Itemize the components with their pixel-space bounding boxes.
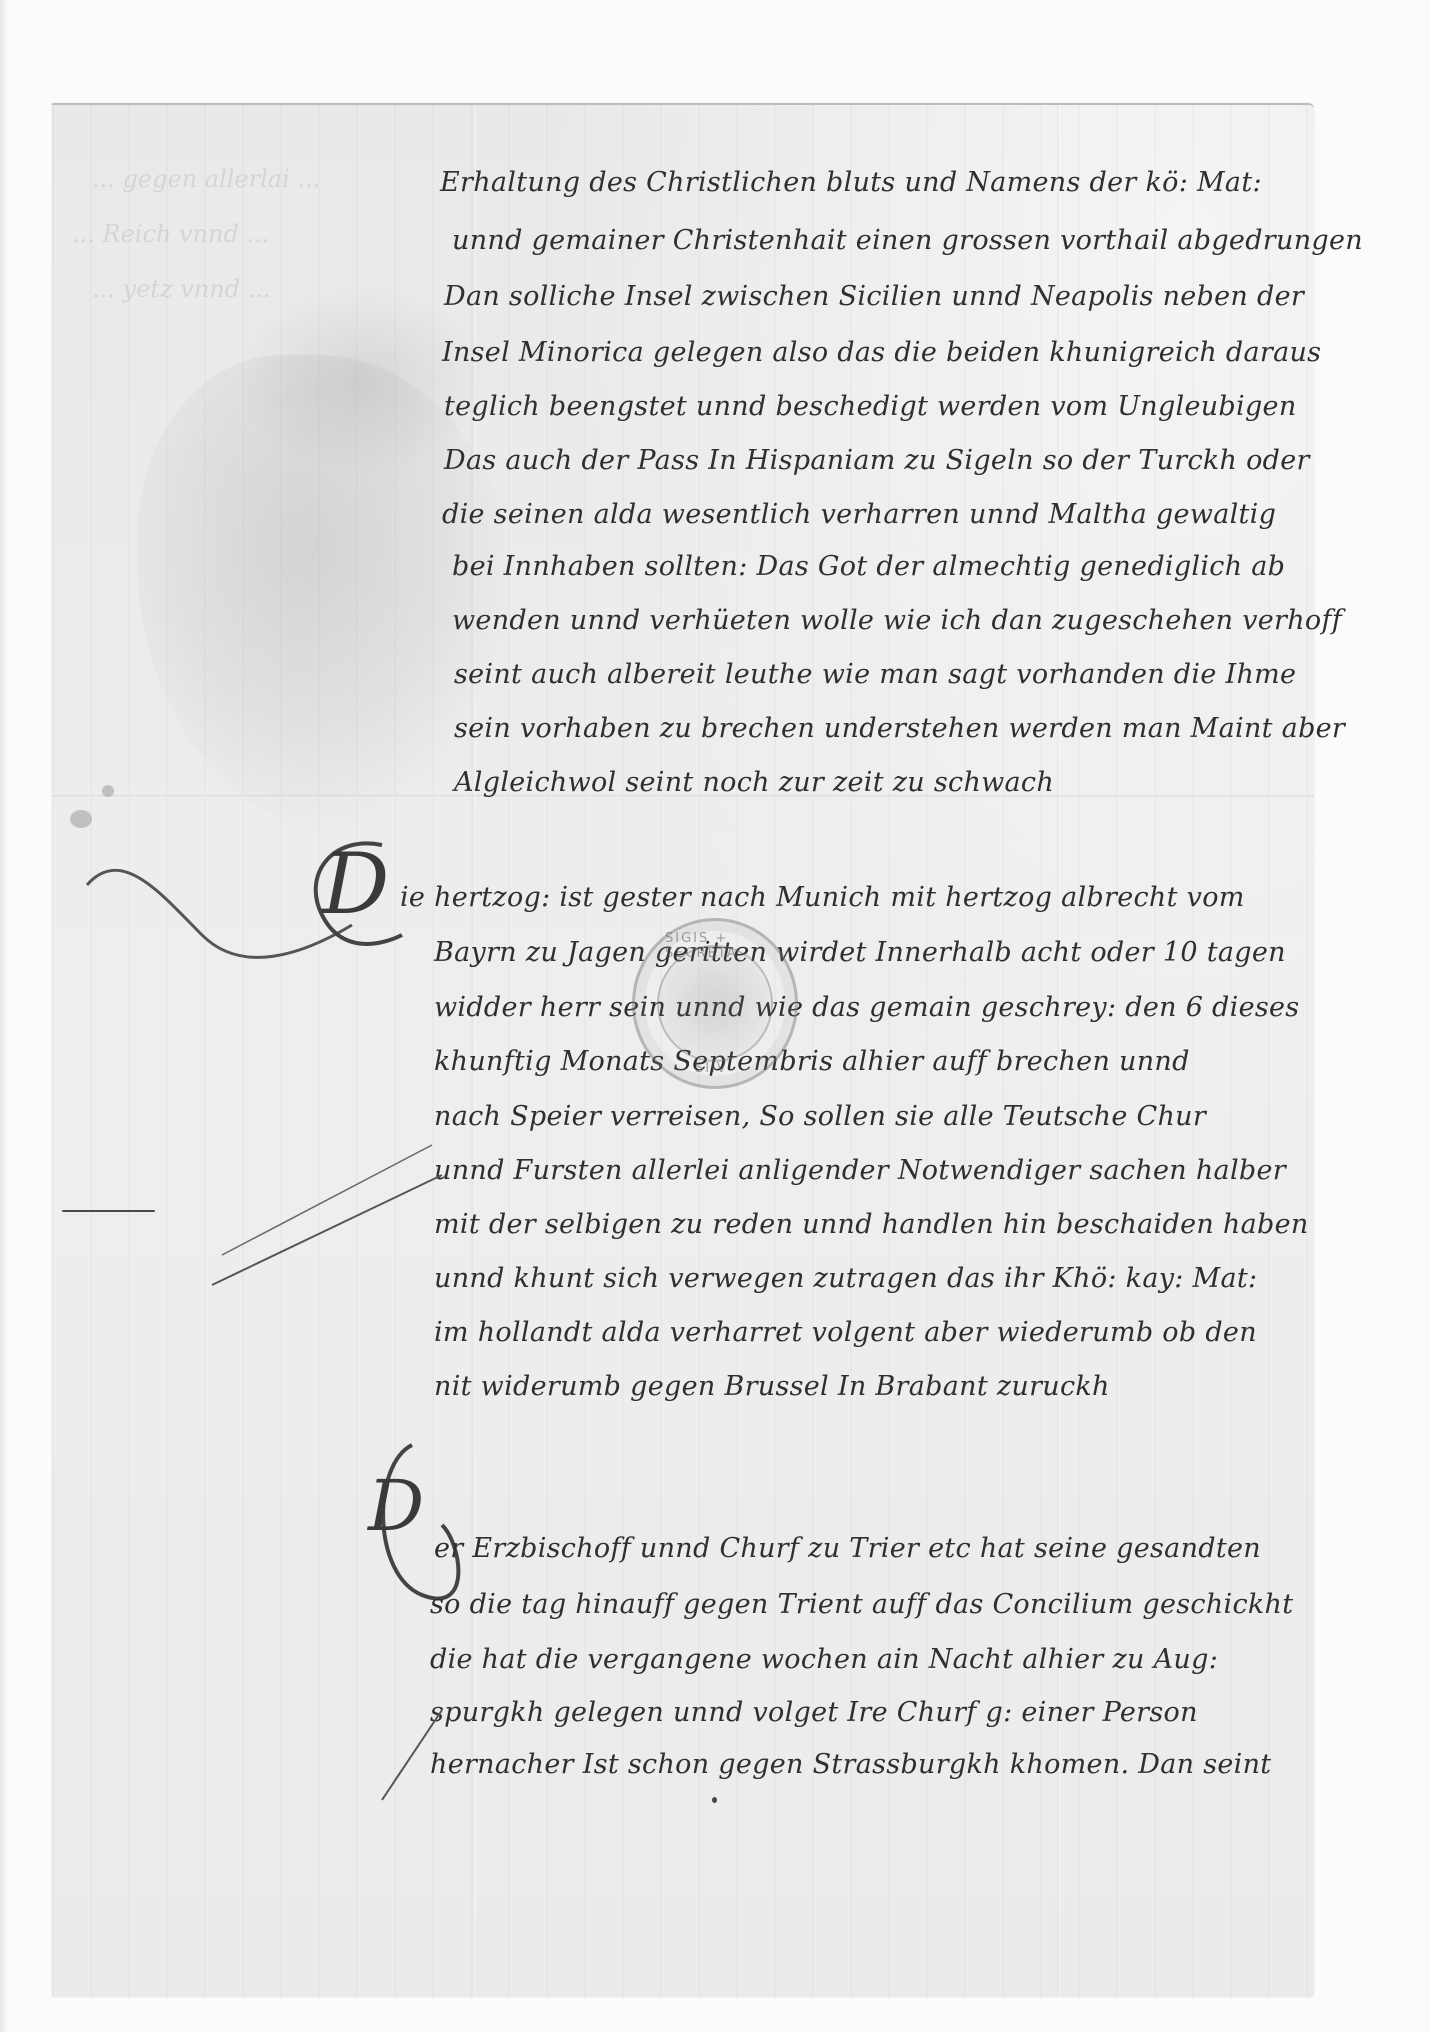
text-line: mit der selbigen zu reden unnd handlen h… [434,1209,1309,1240]
text-line: hernacher Ist schon gegen Strassburgkh k… [430,1749,1271,1780]
text-line: nit widerumb gegen Brussel In Brabant zu… [434,1371,1110,1402]
text-line: er Erzbischoff unnd Churf zu Trier etc h… [434,1533,1261,1564]
text-line: bei Innhaben sollten: Das Got der almech… [452,551,1285,582]
text-line: seint auch albereit leuthe wie man sagt … [454,659,1296,690]
ink-spot [712,1797,717,1803]
text-line: Insel Minorica gelegen also das die beid… [442,337,1321,368]
text-line: widder herr sein unnd wie das gemain ges… [434,992,1299,1023]
archive-seal-stamp: SIGIS + SECRETA SIIV [632,918,798,1089]
text-line: ie hertzog: ist gester nach Munich mit h… [400,882,1245,913]
margin-mark [62,1210,155,1212]
text-line: sein vorhaben zu brechen understehen wer… [454,713,1345,744]
text-line: Das auch der Pass In Hispaniam zu Sigeln… [444,445,1310,476]
pen-stroke [372,1705,452,1805]
text-line: wenden unnd verhüeten wolle wie ich dan … [452,605,1342,636]
ink-spot [102,785,114,797]
text-line: die hat die vergangene wochen ain Nacht … [430,1644,1218,1675]
text-line: unnd gemainer Christenhait einen grossen… [452,225,1363,256]
bleed-through-text: ... yetz vnnd ... [92,275,271,303]
text-line: Dan solliche Insel zwischen Sicilien unn… [444,281,1304,312]
text-line: unnd khunt sich verwegen zutragen das ih… [434,1263,1257,1294]
bleed-through-text: ... gegen allerlai ... [92,165,320,193]
text-line: unnd Fursten allerlei anligender Notwend… [434,1155,1286,1186]
text-line: nach Speier verreisen, So sollen sie all… [434,1101,1206,1132]
text-line: so die tag hinauff gegen Trient auff das… [430,1589,1293,1620]
text-line: im hollandt alda verharret volgent aber … [434,1317,1257,1348]
pen-stroke [202,1135,462,1295]
text-line: spurgkh gelegen unnd volget Ire Churf g:… [430,1697,1198,1728]
initial-letter: D [368,1465,424,1547]
text-line: Erhaltung des Christlichen bluts und Nam… [440,167,1262,198]
text-line: khunftig Monats Septembris alhier auff b… [434,1046,1190,1077]
text-line: die seinen alda wesentlich verharren unn… [442,499,1276,530]
text-line: teglich beengstet unnd beschedigt werden… [444,391,1297,422]
text-line: Algleichwol seint noch zur zeit zu schwa… [454,767,1054,798]
seal-text: SIGIS + SECRETA [665,931,795,961]
text-line: Bayrn zu Jagen geritten wirdet Innerhalb… [434,937,1286,968]
initial-letter: D [322,835,389,933]
scan-edge [0,0,8,2032]
seal-text: SIIV [695,1061,728,1076]
bleed-through-text: ... Reich vnnd ... [72,220,269,248]
seal-emblem [657,945,773,1062]
